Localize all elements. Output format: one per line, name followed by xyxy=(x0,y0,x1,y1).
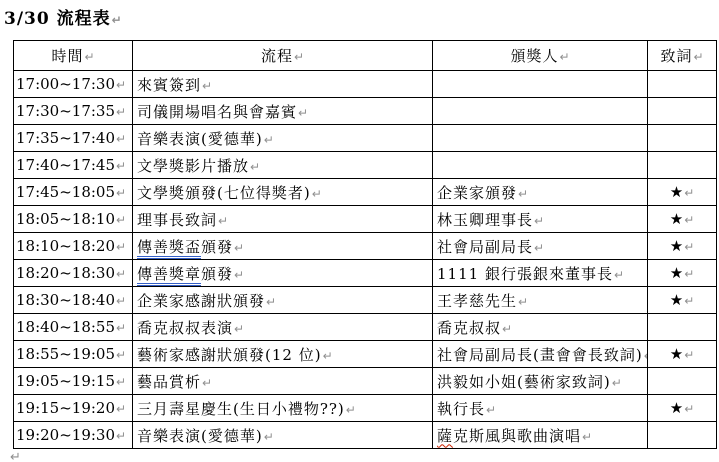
page-title: 3/30 流程表↵ xyxy=(4,4,122,29)
return-mark: ↵ xyxy=(684,240,694,254)
table-row: 17:45~18:05↵文學獎頒發(七位得獎者)↵企業家頒發↵★↵ xyxy=(14,179,717,206)
presenter-cell: 社會局副局長↵ xyxy=(433,233,648,260)
return-mark: ↵ xyxy=(116,348,126,362)
time-value: 18:40~18:55 xyxy=(16,318,115,336)
presenter-cell: 企業家頒發↵ xyxy=(433,179,648,206)
time-cell: 18:30~18:40↵ xyxy=(14,287,133,314)
presenter-cell: 1111 銀行張銀來董事長↵ xyxy=(433,260,648,287)
star-icon: ★ xyxy=(670,183,683,201)
time-cell: 17:40~17:45↵ xyxy=(14,152,133,179)
return-mark: ↵ xyxy=(534,241,544,255)
time-value: 18:30~18:40 xyxy=(16,291,115,309)
time-value: 18:10~18:20 xyxy=(16,237,115,255)
process-cell: 文學獎影片播放↵ xyxy=(133,152,433,179)
return-mark: ↵ xyxy=(266,295,276,309)
return-mark: ↵ xyxy=(614,268,624,282)
process-text: 藝品賞析 xyxy=(137,373,201,391)
return-mark: ↵ xyxy=(518,295,528,309)
return-mark: ↵ xyxy=(502,322,512,336)
time-cell: 17:45~18:05↵ xyxy=(14,179,133,206)
star-icon: ★ xyxy=(670,399,683,417)
return-mark: ↵ xyxy=(346,403,356,417)
header-presenter-label: 頒獎人 xyxy=(510,47,558,65)
return-mark: ↵ xyxy=(486,403,496,417)
speech-cell: ★↵ xyxy=(648,260,717,287)
return-mark: ↵ xyxy=(116,267,126,281)
speech-cell xyxy=(648,314,717,341)
presenter-cell: 執行長↵ xyxy=(433,395,648,422)
time-value: 17:00~17:30 xyxy=(16,75,115,93)
table-row: 18:05~18:10↵理事長致詞↵林玉卿理事長↵★↵ xyxy=(14,206,717,233)
spellcheck-underlined-text: 薩 xyxy=(437,427,453,445)
grammar-underlined-text: 傳善獎盃 xyxy=(137,238,201,259)
return-mark: ↵ xyxy=(116,213,126,227)
process-text: 來賓簽到 xyxy=(137,76,201,94)
presenter-text: 林玉卿理事長 xyxy=(437,211,533,229)
presenter-text: 王孝慈先生 xyxy=(437,292,517,310)
process-cell: 企業家感謝狀頒發↵ xyxy=(133,287,433,314)
time-cell: 17:35~17:40↵ xyxy=(14,125,133,152)
process-text: 企業家感謝狀頒發 xyxy=(137,292,265,310)
header-process: 流程↵ xyxy=(133,41,433,71)
time-cell: 17:00~17:30↵ xyxy=(14,71,133,98)
table-row: 18:40~18:55↵喬克叔叔表演↵喬克叔叔↵ xyxy=(14,314,717,341)
presenter-cell: 洪毅如小姐(藝術家致詞)↵ xyxy=(433,368,648,395)
table-row: 17:00~17:30↵來賓簽到↵ xyxy=(14,71,717,98)
return-mark: ↵ xyxy=(644,349,648,363)
return-mark: ↵ xyxy=(116,186,126,200)
return-mark: ↵ xyxy=(684,213,694,227)
time-value: 18:55~19:05 xyxy=(16,345,115,363)
speech-cell: ★↵ xyxy=(648,287,717,314)
presenter-cell: 社會局副局長(畫會會長致詞)↵ xyxy=(433,341,648,368)
presenter-cell: 林玉卿理事長↵ xyxy=(433,206,648,233)
speech-cell: ★↵ xyxy=(648,341,717,368)
time-value: 17:40~17:45 xyxy=(16,156,115,174)
return-mark: ↵ xyxy=(264,133,274,147)
return-mark: ↵ xyxy=(264,430,274,444)
table-row: 17:30~17:35↵司儀開場唱名與會嘉賓↵ xyxy=(14,98,717,125)
return-mark: ↵ xyxy=(534,214,544,228)
speech-cell: ★↵ xyxy=(648,179,717,206)
table-row: 17:40~17:45↵文學獎影片播放↵ xyxy=(14,152,717,179)
return-mark: ↵ xyxy=(234,322,244,336)
speech-cell: ★↵ xyxy=(648,233,717,260)
header-presenter: 頒獎人↵ xyxy=(433,41,648,71)
process-text: 文學獎影片播放 xyxy=(137,157,249,175)
return-mark: ↵ xyxy=(323,349,333,363)
return-mark: ↵ xyxy=(612,376,622,390)
speech-cell xyxy=(648,152,717,179)
presenter-cell: 王孝慈先生↵ xyxy=(433,287,648,314)
process-cell: 喬克叔叔表演↵ xyxy=(133,314,433,341)
process-cell: 理事長致詞↵ xyxy=(133,206,433,233)
presenter-cell: 喬克叔叔↵ xyxy=(433,314,648,341)
star-icon: ★ xyxy=(670,291,683,309)
return-mark: ↵ xyxy=(116,375,126,389)
return-mark: ↵ xyxy=(116,132,126,146)
speech-cell xyxy=(648,368,717,395)
time-cell: 18:55~19:05↵ xyxy=(14,341,133,368)
presenter-text: 克斯風與歌曲演唱 xyxy=(453,427,581,445)
return-mark: ↵ xyxy=(116,105,126,119)
time-value: 18:20~18:30 xyxy=(16,264,115,282)
presenter-text: 喬克叔叔 xyxy=(437,319,501,337)
header-process-label: 流程 xyxy=(261,47,293,65)
table-row: 18:55~19:05↵藝術家感謝狀頒發(12 位)↵社會局副局長(畫會會長致詞… xyxy=(14,341,717,368)
schedule-table: 時間↵ 流程↵ 頒獎人↵ 致詞↵ 17:00~17:30↵來賓簽到↵17:30~… xyxy=(13,40,717,449)
page-title-text: 3/30 流程表 xyxy=(4,9,111,29)
table-row: 18:30~18:40↵企業家感謝狀頒發↵王孝慈先生↵★↵ xyxy=(14,287,717,314)
time-value: 17:35~17:40 xyxy=(16,129,115,147)
return-mark: ↵ xyxy=(298,106,308,120)
process-cell: 來賓簽到↵ xyxy=(133,71,433,98)
table-row: 18:10~18:20↵傳善獎盃頒發↵社會局副局長↵★↵ xyxy=(14,233,717,260)
presenter-cell xyxy=(433,152,648,179)
header-time-label: 時間 xyxy=(51,47,83,65)
return-mark: ↵ xyxy=(684,348,694,362)
process-cell: 音樂表演(愛德華)↵ xyxy=(133,422,433,449)
return-mark: ↵ xyxy=(116,294,126,308)
presenter-text: 執行長 xyxy=(437,400,485,418)
table-row: 18:20~18:30↵傳善獎章頒發↵1111 銀行張銀來董事長↵★↵ xyxy=(14,260,717,287)
grammar-underlined-text: 傳善獎章 xyxy=(137,265,201,286)
time-cell: 18:05~18:10↵ xyxy=(14,206,133,233)
return-mark: ↵ xyxy=(693,50,703,64)
return-mark: ↵ xyxy=(250,160,260,174)
time-value: 17:30~17:35 xyxy=(16,102,115,120)
process-cell: 三月壽星慶生(生日小禮物??)↵ xyxy=(133,395,433,422)
speech-cell xyxy=(648,98,717,125)
process-text: 理事長致詞 xyxy=(137,211,217,229)
star-icon: ★ xyxy=(670,210,683,228)
return-mark: ↵ xyxy=(116,429,126,443)
process-text: 頒發 xyxy=(201,265,233,283)
presenter-text: 1111 銀行張銀來董事長 xyxy=(437,265,613,283)
table-row: 19:15~19:20↵三月壽星慶生(生日小禮物??)↵執行長↵★↵ xyxy=(14,395,717,422)
presenter-text: 洪毅如小姐(藝術家致詞) xyxy=(437,373,611,391)
process-text: 音樂表演(愛德華) xyxy=(137,130,263,148)
time-cell: 18:20~18:30↵ xyxy=(14,260,133,287)
time-cell: 18:40~18:55↵ xyxy=(14,314,133,341)
return-mark: ↵ xyxy=(202,376,212,390)
header-speech: 致詞↵ xyxy=(648,41,717,71)
return-mark: ↵ xyxy=(116,78,126,92)
time-value: 18:05~18:10 xyxy=(16,210,115,228)
return-mark: ↵ xyxy=(582,430,592,444)
return-mark: ↵ xyxy=(684,186,694,200)
return-mark: ↵ xyxy=(312,187,322,201)
presenter-text: 社會局副局長 xyxy=(437,238,533,256)
presenter-text: 企業家頒發 xyxy=(437,184,517,202)
presenter-cell: 薩克斯風與歌曲演唱↵ xyxy=(433,422,648,449)
return-mark: ↵ xyxy=(559,50,569,64)
process-text: 司儀開場唱名與會嘉賓 xyxy=(137,103,297,121)
speech-cell xyxy=(648,125,717,152)
return-mark: ↵ xyxy=(218,214,228,228)
speech-cell: ★↵ xyxy=(648,395,717,422)
return-mark: ↵ xyxy=(684,294,694,308)
time-cell: 17:30~17:35↵ xyxy=(14,98,133,125)
presenter-cell xyxy=(433,71,648,98)
process-cell: 傳善獎盃頒發↵ xyxy=(133,233,433,260)
time-cell: 19:20~19:30↵ xyxy=(14,422,133,449)
speech-cell xyxy=(648,422,717,449)
time-cell: 18:10~18:20↵ xyxy=(14,233,133,260)
process-cell: 司儀開場唱名與會嘉賓↵ xyxy=(133,98,433,125)
return-mark: ↵ xyxy=(684,267,694,281)
time-cell: 19:15~19:20↵ xyxy=(14,395,133,422)
return-mark: ↵ xyxy=(518,187,528,201)
star-icon: ★ xyxy=(670,345,683,363)
presenter-cell xyxy=(433,125,648,152)
return-mark: ↵ xyxy=(234,241,244,255)
return-mark: ↵ xyxy=(202,79,212,93)
time-value: 17:45~18:05 xyxy=(16,183,115,201)
process-cell: 傳善獎章頒發↵ xyxy=(133,260,433,287)
process-cell: 藝品賞析↵ xyxy=(133,368,433,395)
presenter-text: 社會局副局長(畫會會長致詞) xyxy=(437,346,643,364)
time-value: 19:20~19:30 xyxy=(16,426,115,444)
return-mark: ↵ xyxy=(112,13,122,27)
end-paragraph-return-mark: ↵ xyxy=(10,450,21,462)
return-mark: ↵ xyxy=(116,402,126,416)
return-mark: ↵ xyxy=(84,50,94,64)
process-text: 音樂表演(愛德華) xyxy=(137,427,263,445)
table-row: 19:05~19:15↵藝品賞析↵洪毅如小姐(藝術家致詞)↵ xyxy=(14,368,717,395)
process-text: 藝術家感謝狀頒發(12 位) xyxy=(137,346,322,364)
process-cell: 藝術家感謝狀頒發(12 位)↵ xyxy=(133,341,433,368)
table-row: 17:35~17:40↵音樂表演(愛德華)↵ xyxy=(14,125,717,152)
process-text: 頒發 xyxy=(201,238,233,256)
time-value: 19:15~19:20 xyxy=(16,399,115,417)
return-mark: ↵ xyxy=(684,402,694,416)
header-time: 時間↵ xyxy=(14,41,133,71)
header-speech-label: 致詞 xyxy=(660,47,692,65)
speech-cell: ★↵ xyxy=(648,206,717,233)
return-mark: ↵ xyxy=(116,240,126,254)
process-cell: 文學獎頒發(七位得獎者)↵ xyxy=(133,179,433,206)
table-row: 19:20~19:30↵音樂表演(愛德華)↵薩克斯風與歌曲演唱↵ xyxy=(14,422,717,449)
time-value: 19:05~19:15 xyxy=(16,372,115,390)
return-mark: ↵ xyxy=(234,268,244,282)
star-icon: ★ xyxy=(670,237,683,255)
process-cell: 音樂表演(愛德華)↵ xyxy=(133,125,433,152)
process-text: 喬克叔叔表演 xyxy=(137,319,233,337)
process-text: 三月壽星慶生(生日小禮物??) xyxy=(137,400,345,418)
presenter-cell xyxy=(433,98,648,125)
header-row: 時間↵ 流程↵ 頒獎人↵ 致詞↵ xyxy=(14,41,717,71)
return-mark: ↵ xyxy=(116,159,126,173)
star-icon: ★ xyxy=(670,264,683,282)
process-text: 文學獎頒發(七位得獎者) xyxy=(137,184,311,202)
time-cell: 19:05~19:15↵ xyxy=(14,368,133,395)
speech-cell xyxy=(648,71,717,98)
return-mark: ↵ xyxy=(294,50,304,64)
return-mark: ↵ xyxy=(116,321,126,335)
